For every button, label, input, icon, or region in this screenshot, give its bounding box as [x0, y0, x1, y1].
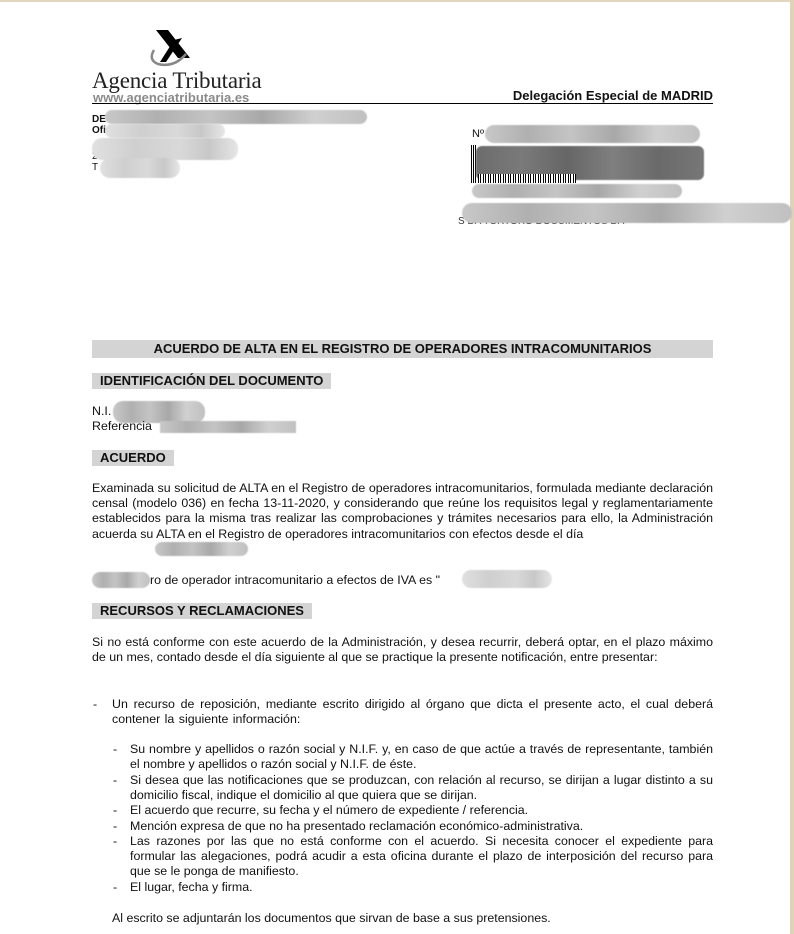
redacted-recipient-name [472, 184, 682, 198]
redacted-operator-number [462, 570, 552, 588]
page-border-right [790, 0, 794, 934]
requirement-item: Las razones por las que no está conforme… [130, 834, 713, 880]
agency-logo-icon [144, 28, 194, 70]
sender-line-1-start: DE [92, 114, 106, 125]
notification-number-label: Nº [472, 128, 484, 140]
list-dash: - [113, 803, 117, 818]
delegacion-heading: Delegación Especial de MADRID [513, 88, 713, 103]
operator-number-text: ro de operador intracomunitario a efecto… [150, 573, 440, 587]
list-dash: - [113, 834, 117, 849]
list-dash: - [113, 819, 117, 834]
redacted-sender-name [105, 110, 367, 124]
redacted-notification-number [485, 125, 700, 143]
redacted-sender-office [105, 124, 225, 138]
redacted-operator-prefix [92, 572, 150, 588]
sender-line-5-start: T [92, 162, 98, 173]
requirement-item: Su nombre y apellidos o razón social y N… [130, 742, 713, 772]
acuerdo-paragraph: Examinada su solicitud de ALTA en el Reg… [92, 481, 713, 542]
redacted-referencia [160, 421, 296, 433]
section-heading-identificacion: IDENTIFICACIÓN DEL DOCUMENTO [92, 373, 331, 389]
agency-logo: Agencia Tributaria www.agenciatributaria… [92, 28, 262, 104]
section-heading-acuerdo: ACUERDO [92, 450, 174, 466]
barcode-strip [478, 174, 576, 183]
list-dash: - [113, 880, 117, 895]
closing-paragraph: Al escrito se adjuntarán los documentos … [112, 911, 551, 926]
requirement-item: El lugar, fecha y firma. [130, 880, 713, 895]
redacted-sender-phone [100, 158, 180, 178]
referencia-label: Referencia [92, 419, 152, 434]
requirement-item: Mención expresa de que no ha presentado … [130, 819, 713, 834]
recurso-reposicion-option: Un recurso de reposición, mediante escri… [112, 697, 713, 727]
requirement-item: Si desea que las notificaciones que se p… [130, 773, 713, 803]
requirement-item: El acuerdo que recurre, su fecha y el nú… [130, 803, 713, 818]
nif-label: N.I. [92, 404, 111, 419]
document-title: ACUERDO DE ALTA EN EL REGISTRO DE OPERAD… [92, 340, 713, 358]
recursos-intro: Si no está conforme con este acuerdo de … [92, 635, 713, 665]
redacted-sender-address [92, 138, 238, 160]
list-dash: - [113, 742, 117, 757]
page-border-top [0, 0, 794, 2]
header-divider [92, 103, 713, 104]
redacted-effective-date [155, 542, 248, 556]
list-dash: - [93, 697, 97, 712]
list-dash: - [113, 773, 117, 788]
section-heading-recursos: RECURSOS Y RECLAMACIONES [92, 603, 312, 619]
redacted-recipient-address [462, 203, 792, 223]
